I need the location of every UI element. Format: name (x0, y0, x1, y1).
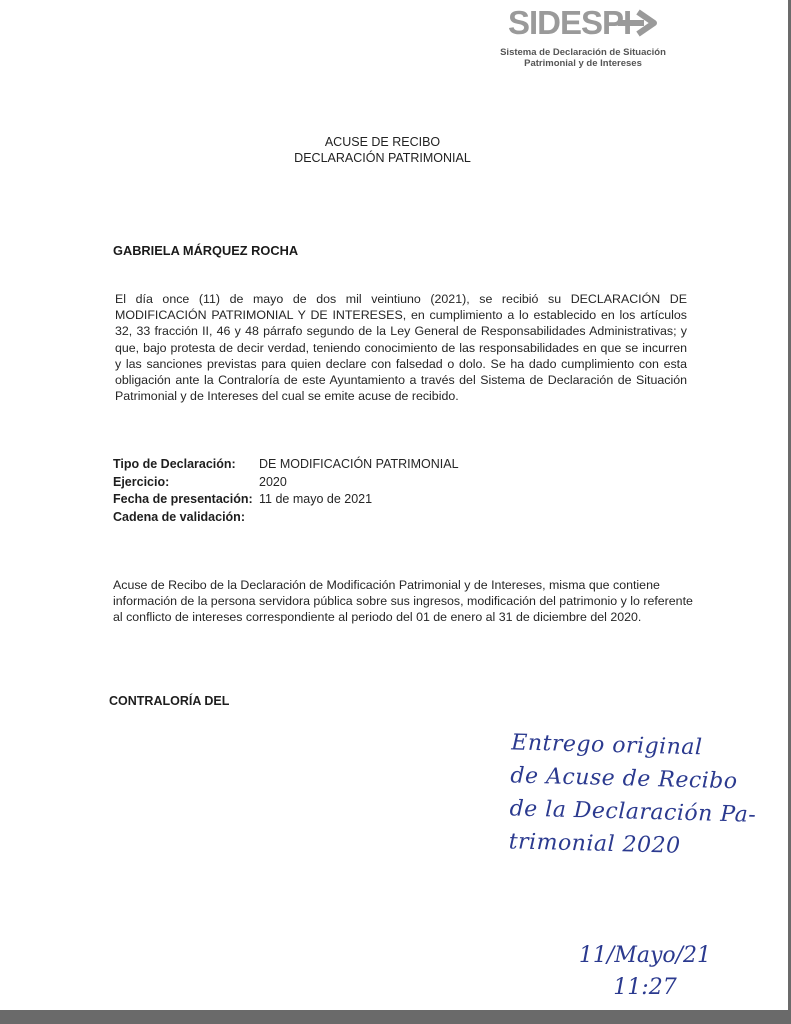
logo-wordmark: SIDESPI (508, 4, 631, 42)
summary-paragraph: Acuse de Recibo de la Declaración de Mod… (113, 577, 695, 625)
arrow-right-icon (616, 8, 662, 38)
scanned-page: SIDESPI Sistema de Declaración de Situac… (0, 0, 791, 1024)
field-value: 11 de mayo de 2021 (259, 491, 372, 509)
field-value: 2020 (259, 474, 287, 492)
sidespi-logo: SIDESPI Sistema de Declaración de Situac… (498, 4, 668, 74)
field-label: Fecha de presentación: (113, 491, 259, 509)
handwritten-date-text: 11/Mayo/21 (555, 940, 735, 972)
declaration-fields: Tipo de Declaración: DE MODIFICACIÓN PAT… (113, 456, 459, 526)
handwritten-note: Entrego original de Acuse de Recibo de l… (508, 726, 791, 865)
field-row-ejercicio: Ejercicio: 2020 (113, 474, 459, 492)
body-paragraph: El día once (11) de mayo de dos mil vein… (115, 291, 687, 404)
field-value: DE MODIFICACIÓN PATRIMONIAL (259, 456, 459, 474)
document-subtitle: DECLARACIÓN PATRIMONIAL (0, 151, 778, 165)
scan-edge-bottom (0, 1010, 791, 1024)
field-label: Tipo de Declaración: (113, 456, 259, 474)
logo-subtitle: Sistema de Declaración de Situación (498, 47, 668, 58)
field-label: Ejercicio: (113, 474, 259, 492)
document-title: ACUSE DE RECIBO (0, 135, 778, 149)
contraloria-label: CONTRALORÍA DEL (109, 694, 229, 708)
field-row-cadena: Cadena de validación: (113, 509, 459, 527)
logo-subtitle: Patrimonial y de Intereses (498, 58, 668, 69)
recipient-name: GABRIELA MÁRQUEZ ROCHA (113, 243, 298, 258)
handwritten-date: 11/Mayo/21 11:27 (555, 940, 735, 1004)
handwritten-time-text: 11:27 (555, 972, 735, 1004)
field-label: Cadena de validación: (113, 509, 259, 527)
field-row-tipo: Tipo de Declaración: DE MODIFICACIÓN PAT… (113, 456, 459, 474)
field-row-fecha: Fecha de presentación: 11 de mayo de 202… (113, 491, 459, 509)
